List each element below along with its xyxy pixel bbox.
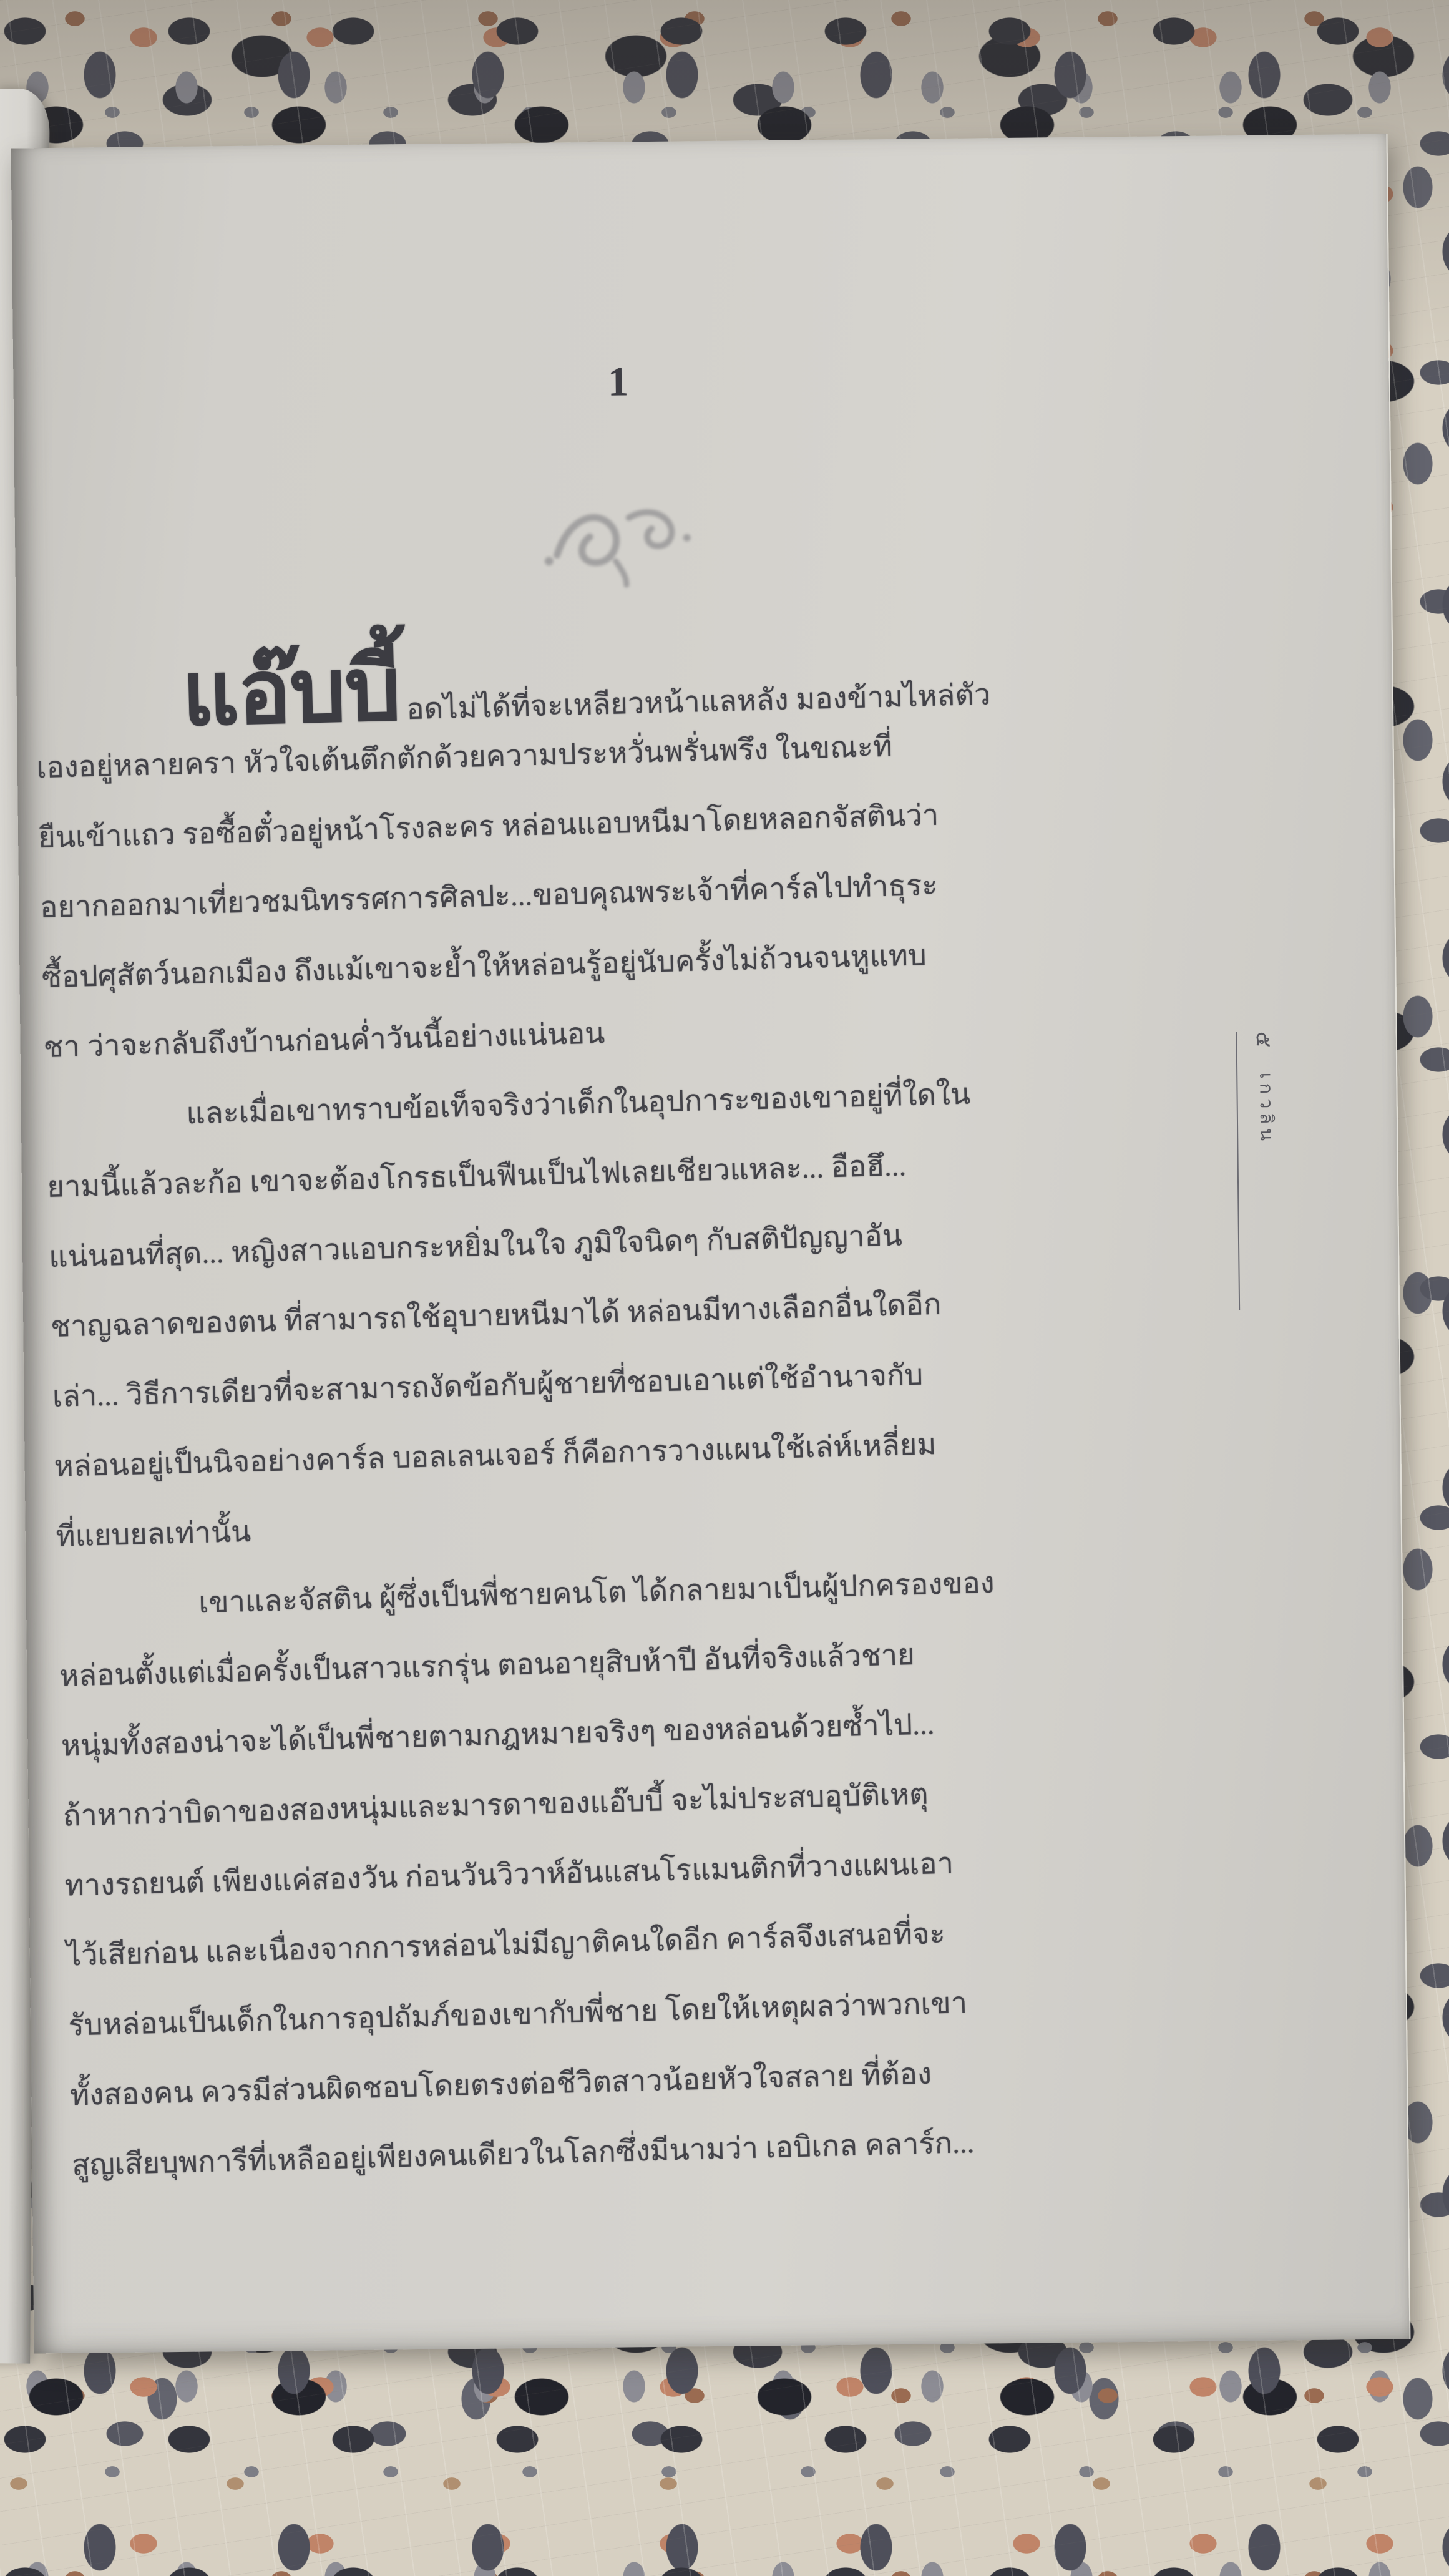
thai-page-number: ๕ bbox=[1246, 1031, 1279, 1050]
paragraph-lead-word: แอ๊บบี้ bbox=[181, 655, 401, 730]
left-page-text-fragment: า bbox=[0, 617, 2, 662]
book-edge-label: เกวลิน bbox=[1251, 1072, 1281, 1145]
book-page: 1 แอ๊บบี้ อดไม่ได้ที่จะเหลียวหน้าแลหลัง … bbox=[11, 134, 1411, 2354]
left-page-text-fragment: ม bbox=[0, 784, 2, 829]
chapter-number: 1 bbox=[555, 361, 681, 403]
photo-scene: า ) ม เ 1 แอ๊บบี้ อดไม่ได้ที่จะเหลียวหน้… bbox=[0, 0, 1449, 2576]
page-text: แอ๊บบี้ อดไม่ได้ที่จะเหลียวหน้าแลหลัง มอ… bbox=[34, 633, 1277, 2200]
faded-ink-mark bbox=[532, 476, 713, 603]
page-margin-tab: ๕ เกวลิน bbox=[1236, 1031, 1282, 1310]
